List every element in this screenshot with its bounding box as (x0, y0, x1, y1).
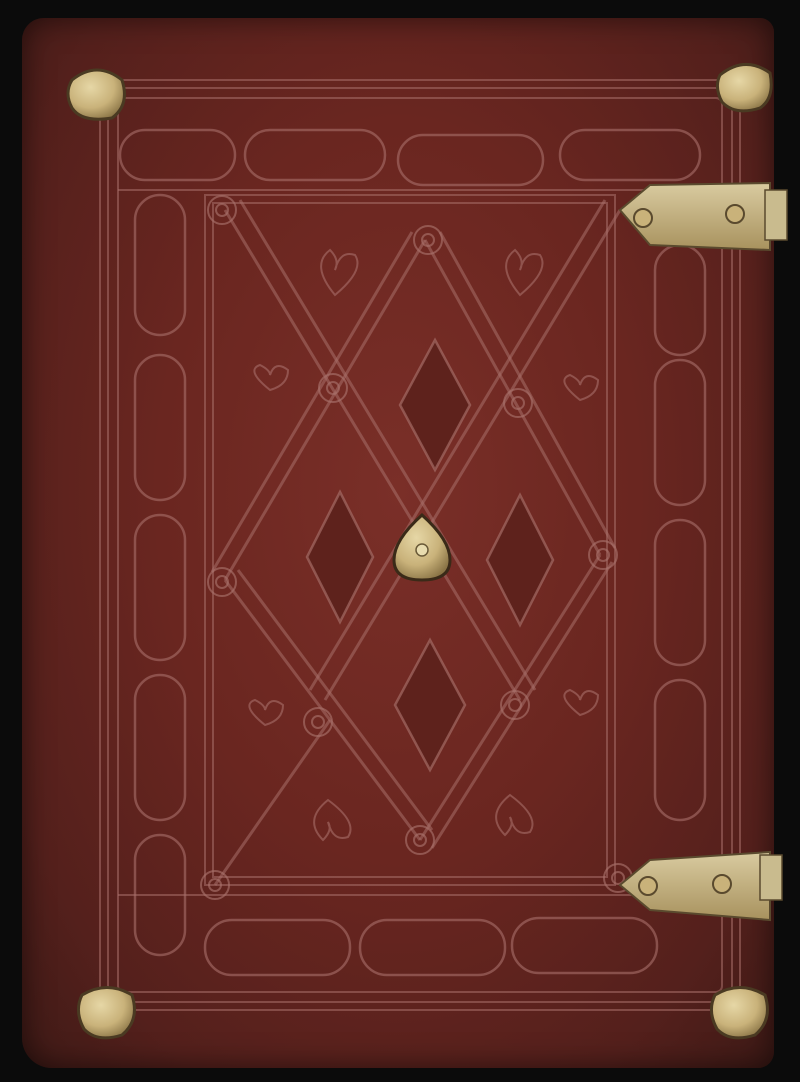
clasp-top (620, 183, 787, 250)
clasp-bottom (620, 852, 782, 920)
center-boss (394, 515, 450, 580)
cover-tooling (0, 0, 800, 1082)
